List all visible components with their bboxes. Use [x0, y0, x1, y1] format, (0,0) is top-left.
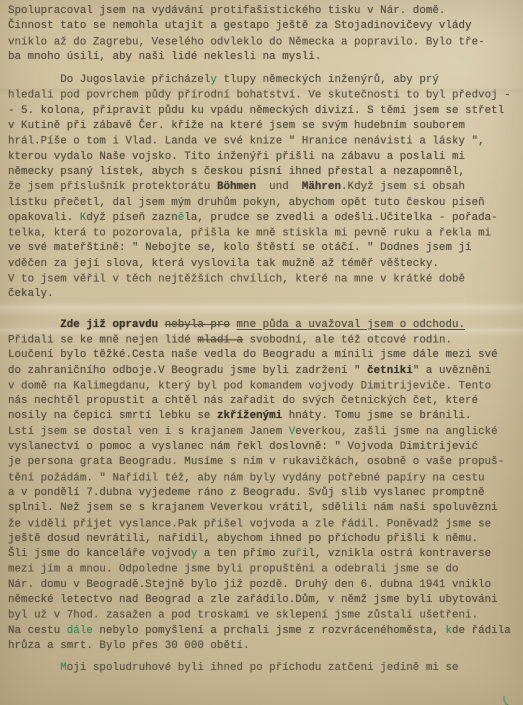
- typed-text-segment: everkou, zašli jsme na anglické: [295, 426, 497, 438]
- typed-line: vyslanectví o pomoc a vyslanec nám řekl …: [8, 440, 523, 455]
- typed-text-segment: tění požádám. " Nařídil též, aby nám byl…: [8, 472, 485, 484]
- typed-text-segment: a v pondělí 7.dubna vyjedeme ráno z Beog…: [8, 487, 485, 499]
- typed-line: mezi jím a mnou. Odpoledne jsme byli pro…: [8, 563, 523, 578]
- typed-text-segment: dyž píseň zazn: [86, 212, 177, 224]
- typed-line: že jsem příslušník protektorátu Böhmen u…: [8, 180, 523, 195]
- typed-text-segment: telka, která to pozorovala, přišla ke mn…: [8, 227, 491, 239]
- typed-text-segment: Na cestu: [8, 625, 67, 637]
- typed-text-segment: - 5. kolona, připravit půdu ku vpádu něm…: [8, 105, 504, 117]
- typed-text-segment: hrůza a smrt. Bylo přes 30 000 obětí.: [8, 640, 250, 652]
- typed-text-segment: dále: [67, 625, 93, 637]
- typed-line: vděčen za její slova, která vyslovila ta…: [8, 257, 523, 272]
- typed-line: německé letectvo nad Beograd a zle zařád…: [8, 593, 523, 608]
- typed-line: hledali pod povrchem půdy přírodní bohat…: [8, 89, 523, 104]
- typed-line: tění požádám. " Nařídil též, aby nám byl…: [8, 471, 523, 486]
- typed-text-segment: mne půda a uvažoval jsem o odchodu.: [237, 319, 466, 331]
- typed-line: Spolupracoval jsem na vydávání protifaši…: [8, 4, 523, 19]
- typed-text-segment: splnil. Než jsem se s krajanem Veverkou …: [8, 502, 498, 514]
- typed-text-segment: ba mnoho úsilí, aby naši lidé neklesli n…: [8, 51, 321, 63]
- typed-text-segment: Nár. domu v Beogradě.Stejně bylo již poz…: [8, 578, 491, 590]
- typed-text-segment: Loučení bylo těžké.Cesta naše vedla do B…: [8, 349, 498, 361]
- typed-line: V to jsem věřil v těch nejtěžších chvílí…: [8, 272, 523, 287]
- typed-text-segment: Činnost tato se nemohla utajit a gestapo…: [8, 20, 472, 32]
- typed-text-segment: německé letectvo nad Beograd a zle zařád…: [8, 594, 498, 606]
- typed-text-segment: Lstí jsem se dostal ven i s krajanem Jan…: [8, 426, 289, 438]
- typed-line: německy psaný lístek, abych s českou pís…: [8, 165, 523, 180]
- typed-line: kterou vydalo Naše vojsko. Tito inženýři…: [8, 150, 523, 165]
- typed-line: Nár. domu v Beogradě.Stejně bylo již poz…: [8, 577, 523, 592]
- typed-text-segment: Mähren: [302, 181, 341, 193]
- typed-line: hrůza a smrt. Bylo přes 30 000 obětí.: [8, 639, 523, 654]
- typed-line: Na cestu dále nebylo pomyšlení a prchali…: [8, 624, 523, 639]
- typed-text-segment: že viděli přijet vyslance.Pak přišel voj…: [8, 518, 491, 530]
- typed-line: v Kutině při zábavě Čer. kříže na které …: [8, 119, 523, 134]
- typed-text-segment: do zahraničního odboje.V Beogradu jsme b…: [8, 365, 367, 377]
- typed-text-segment: že jsem příslušník protektorátu: [8, 181, 217, 193]
- typed-line: Zde již opravdu nebyla pro mne půda a uv…: [8, 318, 523, 333]
- typed-text-segment: nás nechtěl propustit a chtěl nás zařadi…: [8, 395, 478, 407]
- typed-text-segment: německy psaný lístek, abych s českou pís…: [8, 166, 465, 178]
- typed-line: ještě dosud nevrátili, nařídil, abychom …: [8, 532, 523, 547]
- typed-text-block: Spolupracoval jsem na vydávání protifaši…: [8, 4, 523, 676]
- typed-line: do zahraničního odboje.V Beogradu jsme b…: [8, 364, 523, 379]
- typed-text-segment: je persona grata Beogradu. Musíme s ním …: [8, 456, 504, 468]
- typed-text-segment: kterou vydalo Naše vojsko. Tito inženýři…: [8, 151, 465, 163]
- typed-text-segment: mladí a: [197, 334, 243, 346]
- typed-text-segment: zkříženými: [217, 410, 282, 422]
- green-pen-mark: [503, 696, 523, 705]
- typed-text-segment: [8, 319, 60, 331]
- typed-line: a v pondělí 7.dubna vyjedeme ráno z Beog…: [8, 486, 523, 501]
- typed-text-segment: svobodní, ale též otcové rodin.: [243, 334, 452, 346]
- typed-line: lístku přečetl, dal jsem mým druhům poky…: [8, 196, 523, 211]
- typed-text-segment: nebyla pro: [165, 319, 230, 331]
- typed-line: Do Jugoslavie přicházely tlupy německých…: [8, 73, 523, 88]
- typed-line: hrál.Píše o tom i Vlad. Landa ve své kni…: [8, 135, 523, 150]
- typed-text-segment: und: [256, 181, 302, 193]
- typed-text-segment: Přidali se ke mně nejen lidé: [8, 334, 197, 346]
- typed-line: Moji spoludruhové byli ihned po příchodu…: [8, 661, 523, 676]
- typed-line: ba mnoho úsilí, aby naši lidé neklesli n…: [8, 50, 523, 65]
- typed-line: Přidali se ke mně nejen lidé mladí a svo…: [8, 333, 523, 348]
- typed-text-segment: nebylo pomyšlení a prchali jsme z rozvrá…: [93, 625, 446, 637]
- typed-text-segment: il, vznikla ostrá kontraverse: [302, 548, 491, 560]
- typed-line: telka, která to pozorovala, přišla ke mn…: [8, 226, 523, 241]
- typed-line: ve své mateřštině: " Nebojte se, kolo št…: [8, 241, 523, 256]
- typed-text-segment: v Kutině při zábavě Čer. kříže na které …: [8, 120, 465, 132]
- typed-line: - 5. kolona, připravit půdu ku vpádu něm…: [8, 104, 523, 119]
- typed-text-segment: Spolupracoval jsem na vydávání protifaši…: [8, 5, 445, 17]
- typed-line: Činnost tato se nemohla utajit a gestapo…: [8, 19, 523, 34]
- typed-text-segment: četniki: [367, 365, 413, 377]
- typed-text-segment: vděčen za její slova, která vyslovila ta…: [8, 258, 439, 270]
- typed-text-segment: Zde již opravdu: [60, 319, 164, 331]
- typed-line: opakovali. Když píseň zazněla, prudce se…: [8, 211, 523, 226]
- typed-text-segment: a ten přímo zu: [197, 548, 295, 560]
- typed-text-segment: Šli jsme do kanceláře vojvod: [8, 548, 191, 560]
- typed-text-segment: vyslanectví o pomoc a vyslanec nám řekl …: [8, 441, 478, 453]
- typed-text-segment: nosily na čepici smrtí lebku se: [8, 410, 217, 422]
- typed-text-segment: byl už v 7hod. zasažen a pod troskami ve…: [8, 610, 478, 622]
- typed-line: Lstí jsem se dostal ven i s krajanem Jan…: [8, 425, 523, 440]
- typed-text-segment: ještě dosud nevrátili, nařídil, abychom …: [8, 533, 478, 545]
- typed-text-segment: [8, 662, 60, 674]
- typed-line: v domě na Kalimegdanu, který byl pod kom…: [8, 379, 523, 394]
- typed-text-segment: oji spoludruhové byli ihned po příchodu …: [67, 662, 459, 674]
- typed-line: Loučení bylo těžké.Cesta naše vedla do B…: [8, 348, 523, 363]
- typed-text-segment: tlupy německých inženýrů, aby prý: [217, 74, 439, 86]
- typed-text-segment: ve své mateřštině: " Nebojte se, kolo št…: [8, 242, 472, 254]
- typed-text-segment: v domě na Kalimegdanu, který byl pod kom…: [8, 380, 491, 392]
- typed-text-segment: Böhmen: [217, 181, 256, 193]
- typed-text-segment: opakovali.: [8, 212, 80, 224]
- typed-text-segment: vniklo až do Zagrebu, Veselého odvleklo …: [8, 36, 485, 48]
- typed-text-segment: .Když jsem si obsah: [341, 181, 465, 193]
- typed-line: je persona grata Beogradu. Musíme s ním …: [8, 455, 523, 470]
- typed-text-segment: Do Jugoslavie přicházel: [8, 74, 210, 86]
- typed-line: splnil. Než jsem se s krajanem Veverkou …: [8, 501, 523, 516]
- typed-line: Šli jsme do kanceláře vojvody a ten přím…: [8, 547, 523, 562]
- typed-line: nosily na čepici smrtí lebku se zkřížený…: [8, 409, 523, 424]
- typed-line: čekaly.: [8, 287, 523, 302]
- typed-text-segment: V to jsem věřil v těch nejtěžších chvílí…: [8, 273, 465, 285]
- typed-line: vniklo až do Zagrebu, Veselého odvleklo …: [8, 35, 523, 50]
- typed-text-segment: hrál.Píše o tom i Vlad. Landa ve své kni…: [8, 136, 485, 148]
- typed-text-segment: la, prudce se zvedli a odešli.Učitelka -…: [184, 212, 497, 224]
- typed-text-segment: mezi jím a mnou. Odpoledne jsme byli pro…: [8, 564, 459, 576]
- typed-line: že viděli přijet vyslance.Pak přišel voj…: [8, 517, 523, 532]
- typed-line: nás nechtěl propustit a chtěl nás zařadi…: [8, 394, 523, 409]
- typed-text-segment: de řádila: [452, 625, 511, 637]
- typed-text-segment: hnáty. Tomu jsme se bránili.: [282, 410, 471, 422]
- typed-line: byl už v 7hod. zasažen a pod troskami ve…: [8, 609, 523, 624]
- typed-text-segment: " a uvězněni: [413, 365, 491, 377]
- document-page: Spolupracoval jsem na vydávání protifaši…: [0, 0, 523, 705]
- typed-text-segment: hledali pod povrchem půdy přírodní bohat…: [8, 90, 511, 102]
- typed-text-segment: lístku přečetl, dal jsem mým druhům poky…: [8, 197, 485, 209]
- typed-text-segment: čekaly.: [8, 288, 54, 300]
